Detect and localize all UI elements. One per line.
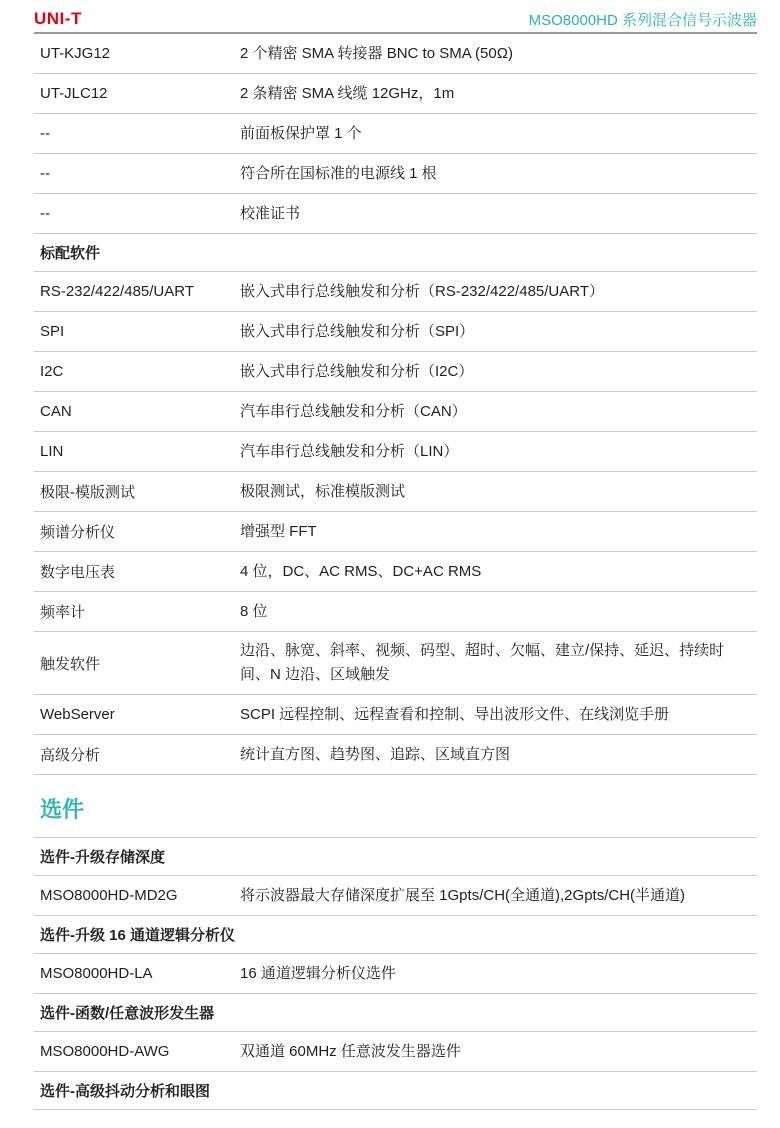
spec-name: WebServer — [34, 706, 240, 723]
table-row: -- 前面板保护罩 1 个 — [34, 114, 757, 154]
spec-value: 校准证书 — [240, 202, 732, 226]
option-subtitle: 选件-升级 16 通道逻辑分析仪 — [34, 924, 235, 945]
table-row: MSO8000HD-LA 16 通道逻辑分析仪选件 — [34, 954, 757, 994]
spec-value: 嵌入式串行总线触发和分析（I2C） — [240, 360, 732, 384]
spec-value: 增强型 FFT — [240, 520, 732, 544]
doc-title: MSO8000HD 系列混合信号示波器 — [529, 9, 757, 30]
option-subtitle-row: 选件-升级 16 通道逻辑分析仪 — [34, 916, 757, 954]
spec-name: MSO8000HD-MD2G — [34, 887, 240, 904]
table-row: MSO8000HD-MD2G 将示波器最大存储深度扩展至 1Gpts/CH(全通… — [34, 876, 757, 916]
spec-name: 触发软件 — [34, 653, 240, 674]
table-row: -- 校准证书 — [34, 194, 757, 234]
table-row: MSO8000HD-AWG 双通道 60MHz 任意波发生器选件 — [34, 1032, 757, 1072]
table-row: -- 符合所在国标准的电源线 1 根 — [34, 154, 757, 194]
spec-value: 16 通道逻辑分析仪选件 — [240, 962, 732, 986]
spec-name: CAN — [34, 403, 240, 420]
table-row: RS-232/422/485/UART 嵌入式串行总线触发和分析（RS-232/… — [34, 272, 757, 312]
option-subtitle-row: 选件-升级存储深度 — [34, 838, 757, 876]
table-row: CAN 汽车串行总线触发和分析（CAN） — [34, 392, 757, 432]
spec-value: 2 条精密 SMA 线缆 12GHz，1m — [240, 82, 732, 106]
table-row: 频率计 8 位 — [34, 592, 757, 632]
table-row: 频谱分析仪 增强型 FFT — [34, 512, 757, 552]
table-row: I2C 嵌入式串行总线触发和分析（I2C） — [34, 352, 757, 392]
options-table: 选件-升级存储深度 MSO8000HD-MD2G 将示波器最大存储深度扩展至 1… — [34, 838, 757, 1110]
table-row: 触发软件 边沿、脉宽、斜率、视频、码型、超时、欠幅、建立/保持、延迟、持续时间、… — [34, 632, 757, 695]
option-subtitle-row: 选件-函数/任意波形发生器 — [34, 994, 757, 1032]
spec-value: 8 位 — [240, 600, 732, 624]
table-row: UT-JLC12 2 条精密 SMA 线缆 12GHz，1m — [34, 74, 757, 114]
spec-value: 嵌入式串行总线触发和分析（SPI） — [240, 320, 732, 344]
document-page: UNI-T MSO8000HD 系列混合信号示波器 UT-KJG12 2 个精密… — [0, 0, 780, 1110]
spec-value: 双通道 60MHz 任意波发生器选件 — [240, 1040, 732, 1064]
section-header-row: 标配软件 — [34, 234, 757, 272]
spec-name: LIN — [34, 443, 240, 460]
option-subtitle-row: 选件-高级抖动分析和眼图 — [34, 1072, 757, 1110]
spec-name: MSO8000HD-LA — [34, 965, 240, 982]
spec-name: SPI — [34, 323, 240, 340]
spec-name: I2C — [34, 363, 240, 380]
spec-name: 频谱分析仪 — [34, 521, 240, 542]
spec-value: 汽车串行总线触发和分析（LIN） — [240, 440, 732, 464]
spec-value: 统计直方图、趋势图、追踪、区域直方图 — [240, 743, 732, 767]
spec-value: 前面板保护罩 1 个 — [240, 122, 732, 146]
spec-name: 极限-模版测试 — [34, 481, 240, 502]
standard-software-table: 标配软件 RS-232/422/485/UART 嵌入式串行总线触发和分析（RS… — [34, 234, 757, 775]
table-row: SPI 嵌入式串行总线触发和分析（SPI） — [34, 312, 757, 352]
spec-name: -- — [34, 205, 240, 222]
spec-value: 符合所在国标准的电源线 1 根 — [240, 162, 732, 186]
spec-name: 频率计 — [34, 601, 240, 622]
table-row: WebServer SCPI 远程控制、远程查看和控制、导出波形文件、在线浏览手… — [34, 695, 757, 735]
spec-value: 极限测试，标准模版测试 — [240, 480, 732, 504]
option-subtitle: 选件-升级存储深度 — [34, 846, 165, 867]
spec-value: 2 个精密 SMA 转接器 BNC to SMA (50Ω) — [240, 42, 732, 66]
unit-logo: UNI-T — [34, 9, 82, 29]
table-row: 高级分析 统计直方图、趋势图、追踪、区域直方图 — [34, 735, 757, 775]
spec-value: 边沿、脉宽、斜率、视频、码型、超时、欠幅、建立/保持、延迟、持续时间、N 边沿、… — [240, 639, 732, 687]
options-heading: 选件 — [34, 775, 757, 838]
section-title: 标配软件 — [34, 242, 100, 263]
spec-value: SCPI 远程控制、远程查看和控制、导出波形文件、在线浏览手册 — [240, 703, 732, 727]
table-row: 极限-模版测试 极限测试，标准模版测试 — [34, 472, 757, 512]
spec-name: -- — [34, 165, 240, 182]
spec-value: 嵌入式串行总线触发和分析（RS-232/422/485/UART） — [240, 280, 732, 304]
spec-name: 数字电压表 — [34, 561, 240, 582]
spec-value: 汽车串行总线触发和分析（CAN） — [240, 400, 732, 424]
spec-name: 高级分析 — [34, 744, 240, 765]
table-row: 数字电压表 4 位，DC、AC RMS、DC+AC RMS — [34, 552, 757, 592]
spec-value: 将示波器最大存储深度扩展至 1Gpts/CH(全通道),2Gpts/CH(半通道… — [240, 884, 732, 908]
spec-name: -- — [34, 125, 240, 142]
accessories-table: UT-KJG12 2 个精密 SMA 转接器 BNC to SMA (50Ω) … — [34, 34, 757, 234]
spec-name: UT-JLC12 — [34, 85, 240, 102]
spec-value: 4 位，DC、AC RMS、DC+AC RMS — [240, 560, 732, 584]
page-header: UNI-T MSO8000HD 系列混合信号示波器 — [34, 6, 757, 34]
table-row: UT-KJG12 2 个精密 SMA 转接器 BNC to SMA (50Ω) — [34, 34, 757, 74]
spec-name: MSO8000HD-AWG — [34, 1043, 240, 1060]
option-subtitle: 选件-高级抖动分析和眼图 — [34, 1080, 210, 1101]
spec-name: UT-KJG12 — [34, 45, 240, 62]
table-row: LIN 汽车串行总线触发和分析（LIN） — [34, 432, 757, 472]
spec-name: RS-232/422/485/UART — [34, 283, 240, 300]
option-subtitle: 选件-函数/任意波形发生器 — [34, 1002, 214, 1023]
